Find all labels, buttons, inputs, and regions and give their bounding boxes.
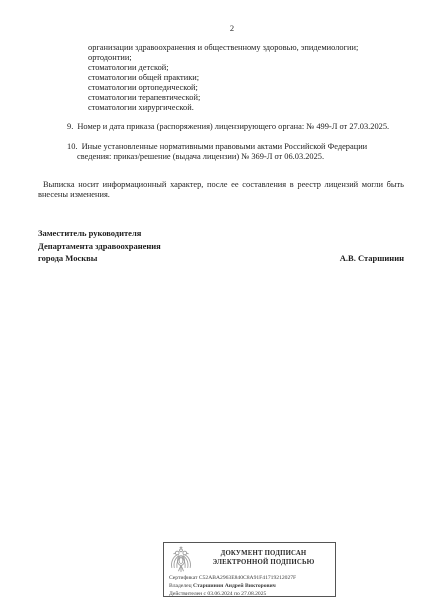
signature-block: Заместитель руководителя Департамента зд…: [38, 227, 404, 265]
position-line: города Москвы: [38, 252, 161, 265]
owner-value: Старшинин Андрей Викторович: [193, 583, 276, 589]
page-number: 2: [0, 23, 430, 33]
item-number: 10.: [67, 142, 77, 151]
numbered-item-9: 9. Номер и дата приказа (распоряжения) л…: [38, 122, 404, 132]
stamp-header: ДОКУМЕНТ ПОДПИСАН ЭЛЕКТРОННОЙ ПОДПИСЬЮ: [169, 546, 330, 571]
position-line: Заместитель руководителя: [38, 227, 161, 240]
owner-line: Владелец Старшинин Андрей Викторович: [169, 582, 330, 590]
stamp-details: Сертификат C52ABA2963E840C8A91F417192120…: [169, 574, 330, 598]
list-item: стоматологии детской;: [88, 63, 404, 73]
list-item: ортодонтии;: [88, 53, 404, 63]
item-text: Номер и дата приказа (распоряжения) лице…: [77, 122, 389, 131]
list-item: стоматологии общей практики;: [88, 73, 404, 83]
position-line: Департамента здравоохранения: [38, 240, 161, 253]
list-item: стоматологии терапевтической;: [88, 93, 404, 103]
item-text: Иные установленные нормативными правовым…: [77, 142, 367, 161]
list-item: стоматологии ортопедической;: [88, 83, 404, 93]
stamp-title: ДОКУМЕНТ ПОДПИСАН ЭЛЕКТРОННОЙ ПОДПИСЬЮ: [197, 550, 330, 567]
numbered-item-10: 10. Иные установленные нормативными прав…: [38, 142, 404, 162]
validity-line: Действителен с 03.06.2024 по 27.08.2025: [169, 590, 330, 598]
russian-coat-of-arms-icon: [169, 546, 193, 573]
owner-label: Владелец: [169, 583, 192, 589]
signatory-name: А.В. Старшинин: [340, 252, 404, 265]
certificate-line: Сертификат C52ABA2963E840C8A91F417192120…: [169, 574, 330, 582]
digital-signature-stamp: ДОКУМЕНТ ПОДПИСАН ЭЛЕКТРОННОЙ ПОДПИСЬЮ С…: [163, 542, 336, 597]
list-item: организации здравоохранения и общественн…: [88, 43, 404, 53]
note-paragraph: Выписка носит информационный характер, п…: [38, 180, 404, 200]
item-number: 9.: [67, 122, 73, 131]
list-item: стоматологии хирургической.: [88, 103, 404, 113]
document-page: 2 организации здравоохранения и обществе…: [0, 0, 430, 608]
stamp-title-line: ДОКУМЕНТ ПОДПИСАН: [197, 550, 330, 559]
signatory-position: Заместитель руководителя Департамента зд…: [38, 227, 161, 265]
document-body: организации здравоохранения и общественн…: [38, 43, 404, 265]
certificate-label: Сертификат: [169, 575, 197, 581]
certificate-value: C52ABA2963E840C8A91F41719212027F: [199, 575, 296, 581]
stamp-title-line: ЭЛЕКТРОННОЙ ПОДПИСЬЮ: [197, 559, 330, 568]
activity-list: организации здравоохранения и общественн…: [88, 43, 404, 113]
